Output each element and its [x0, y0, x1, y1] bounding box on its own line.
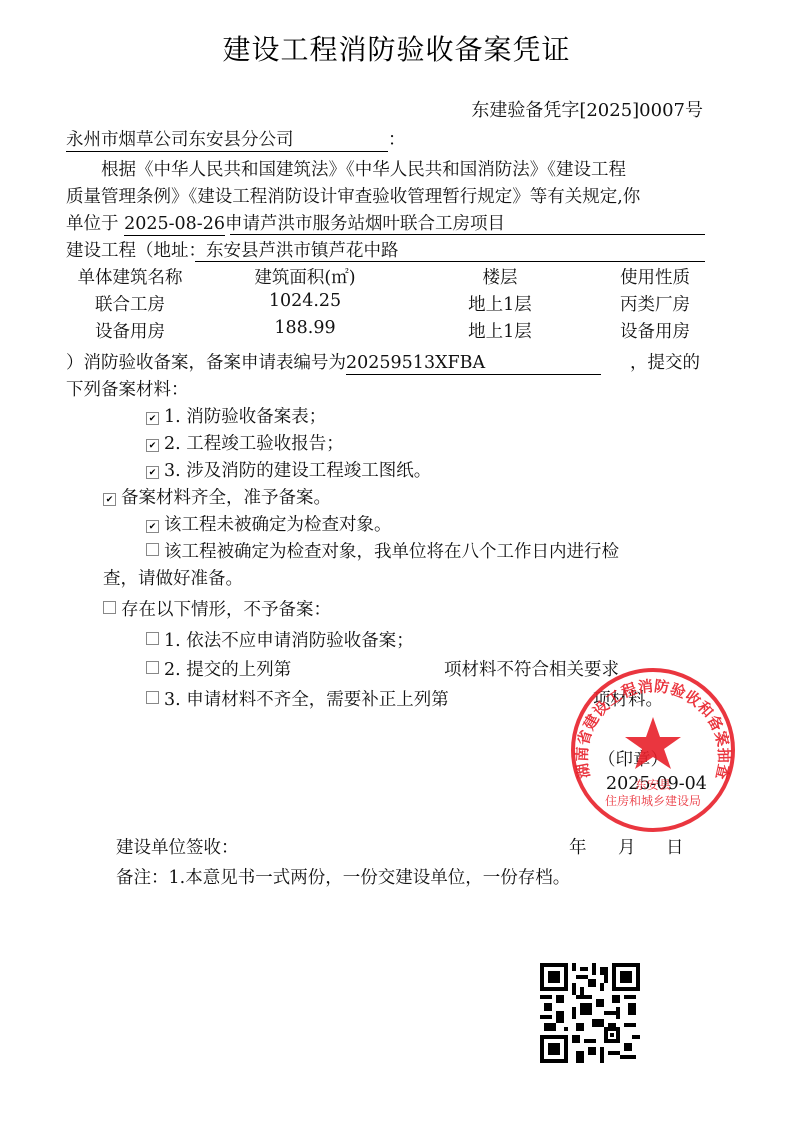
checkbox-unchecked[interactable]	[146, 543, 159, 556]
sign-year: 年	[569, 836, 587, 860]
document-number: 东建验备凭字[2025]0007号	[471, 96, 703, 122]
recipient-name: 永州市烟草公司东安县分公司	[66, 130, 388, 152]
approve-label: 备案材料齐全，准予备案。	[121, 488, 331, 508]
address-value: 东安县芦洪市镇芦花中路	[206, 241, 399, 261]
reject-reason-label: 3. 申请材料不齐全，需要补正上列第	[164, 690, 449, 710]
checkbox-checked[interactable]	[103, 493, 116, 506]
table-cell: 地上1层	[460, 291, 540, 316]
official-seal-icon: 湖南省建设工程消防验收和备案抽查专用章 东安县 住房和城乡建设局	[568, 665, 738, 835]
table-cell: 设备用房	[605, 318, 705, 343]
table-cell: 1024.25	[240, 291, 370, 311]
checkbox-unchecked[interactable]	[146, 691, 159, 704]
application-line: 单位于 2025-08-26申请芦洪市服务站烟叶联合工房项目	[66, 212, 505, 236]
sign-day: 日	[666, 836, 684, 860]
table-cell: 丙类厂房	[605, 291, 705, 316]
filing-line: ）消防验收备案，备案申请表编号为20259513XFBA	[66, 351, 601, 375]
approve-option: 备案材料齐全，准予备案。	[103, 486, 331, 510]
seal-center-line1: 东安县	[635, 777, 671, 792]
project-name: 芦洪市服务站烟叶联合工房项目	[260, 214, 505, 234]
material-item-1: 1. 消防验收备案表；	[146, 405, 326, 429]
material-item-3: 3. 涉及消防的建设工程竣工图纸。	[146, 459, 431, 483]
checkbox-unchecked[interactable]	[146, 661, 159, 674]
reject-reason-2: 2. 提交的上列第	[146, 658, 291, 682]
table-header: 楼层	[460, 264, 540, 289]
checkbox-checked[interactable]	[146, 439, 159, 452]
material-item-2: 2. 工程竣工验收报告；	[146, 432, 344, 456]
checkbox-unchecked[interactable]	[146, 632, 159, 645]
address-label: 建设工程（地址：	[66, 241, 206, 261]
recipient-line: 永州市烟草公司东安县分公司：	[66, 128, 406, 152]
table-cell: 188.99	[240, 318, 370, 338]
not-selected-label: 该工程未被确定为检查对象。	[164, 515, 392, 535]
project-underline	[230, 234, 705, 235]
checkbox-unchecked[interactable]	[103, 601, 116, 614]
table-cell: 地上1层	[460, 318, 540, 343]
table-cell: 联合工房	[66, 291, 194, 316]
reject-reason-label: 1. 依法不应申请消防验收备案；	[164, 631, 414, 651]
seal-center-line2: 住房和城乡建设局	[605, 793, 701, 808]
checkbox-checked[interactable]	[146, 466, 159, 479]
selected-label-cont: 查，请做好准备。	[103, 567, 243, 591]
footer-note: 备注：1.本意见书一式两份，一份交建设单位，一份存档。	[116, 866, 570, 890]
selected-option: 该工程被确定为检查对象，我单位将在八个工作日内进行检	[146, 540, 619, 564]
reject-label: 存在以下情形，不予备案：	[121, 600, 331, 620]
page-title: 建设工程消防验收备案凭证	[0, 28, 793, 68]
apply-date: 2025-08-26	[124, 214, 225, 236]
filing-number: 20259513XFBA	[346, 353, 601, 375]
unit-prefix: 单位于	[66, 214, 119, 234]
address-line: 建设工程（地址：东安县芦洪市镇芦花中路	[66, 239, 399, 263]
filing-suffix: ，提交的	[630, 351, 700, 375]
qr-code-icon	[540, 963, 640, 1063]
selected-label: 该工程被确定为检查对象，我单位将在八个工作日内进行检	[164, 542, 619, 562]
paragraph-line-2: 质量管理条例》《建设工程消防设计审查验收管理暂行规定》等有关规定,你	[66, 185, 640, 209]
material-label: 1. 消防验收备案表；	[164, 407, 326, 427]
table-cell: 设备用房	[66, 318, 194, 343]
sign-month: 月	[618, 836, 636, 860]
checkbox-checked[interactable]	[146, 412, 159, 425]
seal-ring-text: 湖南省建设工程消防验收和备案抽查专用章	[568, 665, 733, 782]
table-header: 单体建筑名称	[66, 264, 194, 289]
recipient-colon: ：	[388, 130, 406, 150]
reject-reason-1: 1. 依法不应申请消防验收备案；	[146, 629, 414, 653]
reject-reason-3: 3. 申请材料不齐全，需要补正上列第	[146, 688, 449, 712]
address-underline	[195, 261, 705, 262]
table-header: 使用性质	[605, 264, 705, 289]
filing-prefix: ）消防验收备案，备案申请表编号为	[66, 353, 346, 373]
apply-label: 申请	[225, 214, 260, 234]
material-label: 3. 涉及消防的建设工程竣工图纸。	[164, 461, 431, 481]
not-selected-option: 该工程未被确定为检查对象。	[146, 513, 392, 537]
reject-reason-label: 2. 提交的上列第	[164, 660, 291, 680]
paragraph-line-1: 根据《中华人民共和国建筑法》《中华人民共和国消防法》《建设工程	[101, 158, 626, 182]
table-header: 建筑面积(㎡)	[240, 264, 370, 289]
checkbox-checked[interactable]	[146, 520, 159, 533]
sign-label: 建设单位签收：	[116, 836, 239, 860]
material-label: 2. 工程竣工验收报告；	[164, 434, 344, 454]
reject-option: 存在以下情形，不予备案：	[103, 598, 331, 622]
svg-text:湖南省建设工程消防验收和备案抽查专用章: 湖南省建设工程消防验收和备案抽查专用章	[568, 665, 733, 782]
materials-label: 下列备案材料：	[66, 378, 189, 402]
